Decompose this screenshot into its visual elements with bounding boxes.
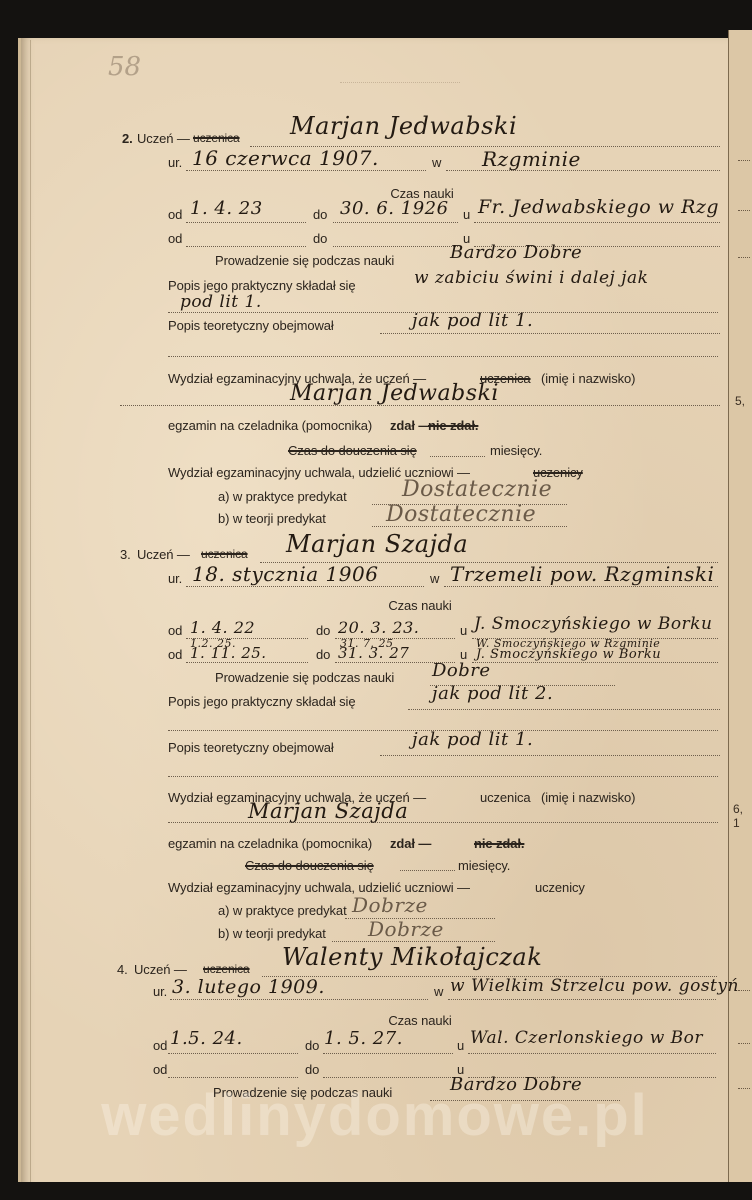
page-edge [30, 40, 31, 1190]
theory-grade-label: b) w teorji predykat [218, 926, 326, 941]
od-label: od [168, 207, 182, 222]
czas-nauki-heading: Czas nauki [388, 598, 451, 613]
birth-date: 3. lutego 1909. [172, 976, 325, 998]
od-label: od [153, 1038, 167, 1053]
birth-place-label: w [434, 984, 443, 999]
margin-dash [738, 160, 750, 162]
do-label: do [305, 1038, 319, 1053]
uczenica-struck: uczenica [193, 131, 240, 145]
practice-grade: Dobrze [352, 893, 428, 917]
theory-grade: Dostatecznie [386, 502, 536, 527]
od-label: od [168, 647, 182, 662]
practice-grade-label: a) w praktyce predykat [218, 903, 347, 918]
theoretical-label: Popis teoretyczny obejmował [168, 318, 334, 333]
czas-nauki-heading: Czas nauki [388, 1013, 451, 1028]
period-master: Fr. Jedwabskiego w Rzg [478, 196, 719, 218]
period-from: 1. 11. 25. [190, 644, 267, 662]
birth-label: ur. [168, 155, 182, 170]
birth-place: w Wielkim Strzelcu pow. gostyń [450, 976, 739, 996]
u-label: u [460, 623, 467, 638]
practical-label: Popis jego praktyczny składał się [168, 694, 355, 709]
practical-label: Popis jego praktyczny składał się [168, 278, 355, 293]
uczen-label: Uczeń — [137, 547, 190, 562]
uczenica-struck: uczenica [203, 962, 250, 976]
theory-grade: Dobrze [368, 917, 444, 941]
do-label: do [316, 647, 330, 662]
practice-grade-label: a) w praktyce predykat [218, 489, 347, 504]
passed-label: zdał — [390, 836, 431, 851]
uczenicy-label: uczenicy [535, 880, 585, 895]
birth-label: ur. [168, 571, 182, 586]
birth-place: Rzgminie [482, 147, 581, 171]
exam-student-name: Marjan Szajda [248, 799, 408, 823]
theory-grade-label: b) w teorji predykat [218, 511, 326, 526]
birth-place: Trzemeli pow. Rzgminski [450, 562, 714, 586]
student-name: Marjan Szajda [286, 530, 468, 558]
uczenica-label: uczenica [480, 790, 531, 805]
name-hint: (imię i nazwisko) [541, 371, 635, 386]
period-to: 31. 3. 27 [338, 644, 409, 662]
margin-dash [738, 1043, 750, 1045]
birth-place-label: w [430, 571, 439, 586]
watermark: wedlinydomowe.pl [55, 1082, 695, 1149]
scan-border [0, 1182, 752, 1200]
period-master: J. Smoczyńskiego w Borku [476, 647, 661, 662]
period-to: 30. 6. 1926 [340, 198, 449, 219]
margin-dash [738, 210, 750, 212]
period-to: 20. 3. 23. [338, 618, 419, 637]
student-name: Walenty Mikołajczak [282, 943, 542, 971]
entry-number: 3. [120, 547, 131, 562]
uczen-label: Uczeń — [137, 131, 190, 146]
months-label: miesięcy. [490, 443, 542, 458]
theoretical-value: jak pod lit 1. [412, 729, 533, 750]
entry-number: 4. [117, 962, 128, 977]
birth-date: 18. stycznia 1906 [192, 562, 378, 586]
name-hint: (imię i nazwisko) [541, 790, 635, 805]
practice-grade: Dostatecznie [402, 477, 552, 502]
extra-time-struck: Czas do douczenia się [288, 443, 417, 458]
uczenica-struck: uczenica [201, 547, 248, 561]
practical-value: jak pod lit 2. [432, 683, 553, 704]
theoretical-value: jak pod lit 1. [412, 310, 533, 331]
period-from: 1.5. 24. [170, 1028, 243, 1049]
practical-value-cont: pod lit 1. [180, 292, 262, 312]
birth-label: ur. [153, 984, 167, 999]
exam-student-name: Marjan Jedwabski [290, 381, 499, 406]
margin-dash [738, 1088, 750, 1090]
faded-header [340, 82, 460, 91]
extra-time-struck: Czas do douczenia się [245, 858, 374, 873]
do-label: do [305, 1062, 319, 1077]
do-label: do [313, 231, 327, 246]
do-label: do [313, 207, 327, 222]
period-master: Wal. Czerlonskiego w Bor [470, 1028, 703, 1048]
uczen-label: Uczeń — [134, 962, 187, 977]
exam-label: egzamin na czeladnika (pomocnika) [168, 836, 372, 851]
entry-number: 2. [122, 131, 133, 146]
theoretical-label: Popis teoretyczny obejmował [168, 740, 334, 755]
do-label: do [316, 623, 330, 638]
months-label: miesięcy. [458, 858, 510, 873]
practical-value: w zabiciu świni i dalej jak [414, 268, 648, 288]
adjacent-page-number: 5, [735, 394, 745, 408]
student-name: Marjan Jedwabski [290, 112, 517, 140]
period-from: 1. 4. 23 [190, 198, 263, 219]
od-label: od [153, 1062, 167, 1077]
adjacent-page-number: 6, 1 [733, 802, 752, 830]
birth-place-label: w [432, 155, 441, 170]
conduct-label: Prowadzenie się podczas nauki [215, 670, 394, 685]
period-from: 1. 4. 22 [190, 618, 255, 637]
adjacent-page-edge [728, 30, 752, 1190]
conduct-value: Dobre [432, 660, 491, 681]
period-to: 1. 5. 27. [324, 1028, 403, 1049]
exam-label: egzamin na czeladnika (pomocnika) [168, 418, 372, 433]
page-number: 58 [108, 52, 141, 82]
u-label: u [457, 1038, 464, 1053]
not-passed-struck: nie zdał. [428, 418, 478, 433]
conduct-label: Prowadzenie się podczas nauki [215, 253, 394, 268]
period-master: J. Smoczyńskiego w Borku [474, 614, 712, 634]
od-label: od [168, 231, 182, 246]
margin-dash [738, 257, 750, 259]
margin-dash [738, 990, 750, 992]
od-label: od [168, 623, 182, 638]
u-label: u [463, 207, 470, 222]
not-passed-struck: nie zdał. [474, 836, 524, 851]
conduct-value: Bardzo Dobre [450, 242, 582, 263]
passed-label: zdał — [390, 418, 431, 433]
birth-date: 16 czerwca 1907. [192, 146, 379, 170]
